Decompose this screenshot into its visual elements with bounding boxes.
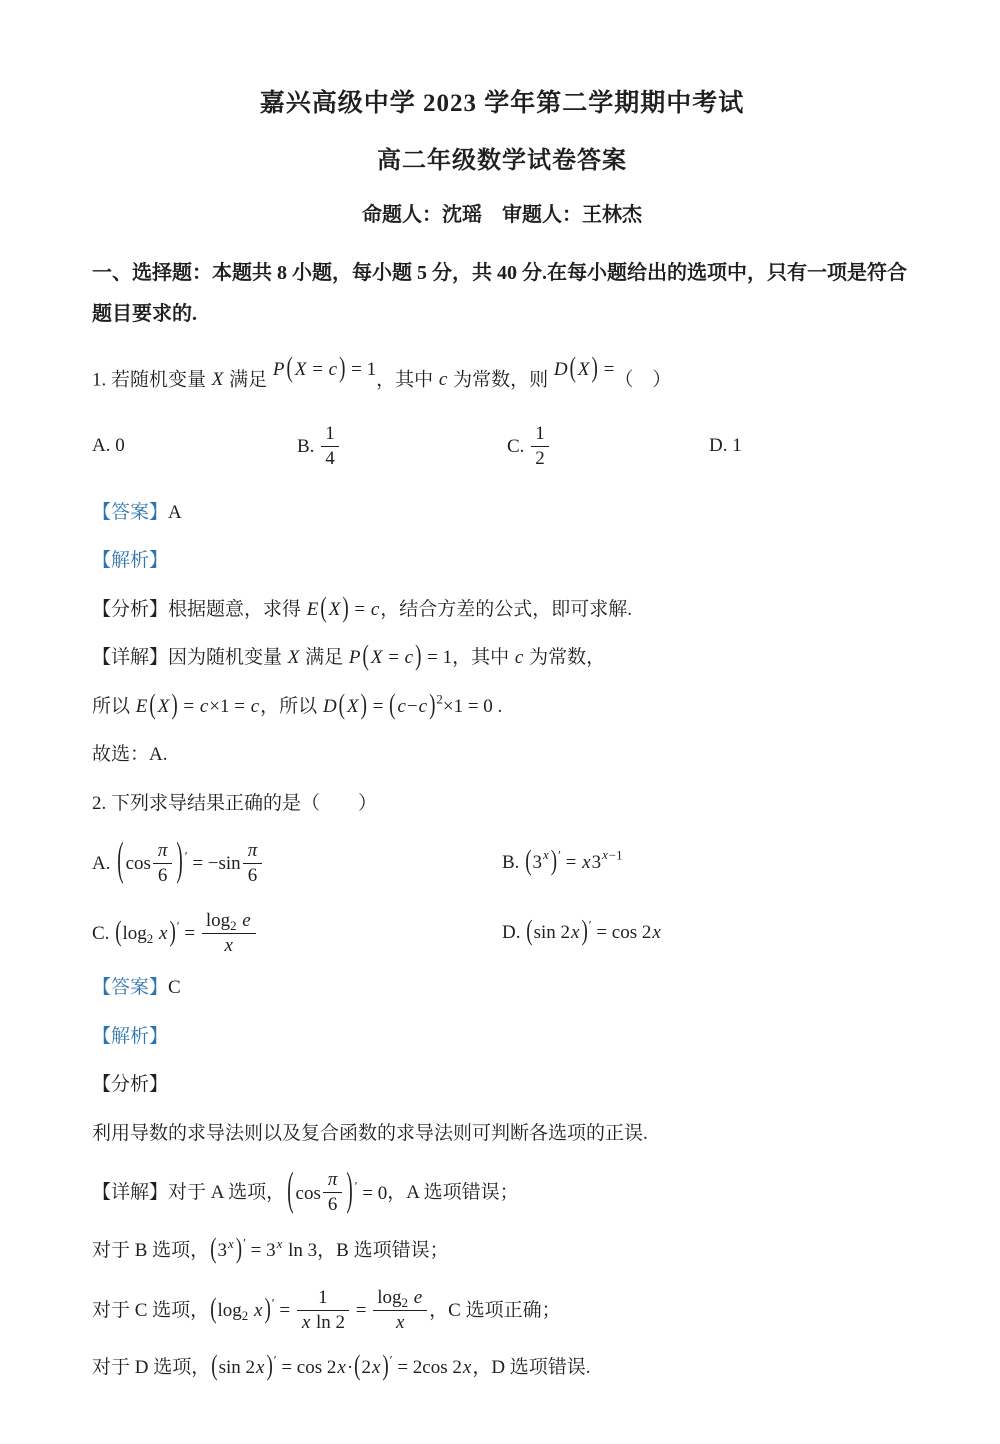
exam-subtitle: 高二年级数学试卷答案 [92, 145, 912, 179]
question-1-answer-line: 【答案】A [92, 500, 912, 527]
question-1-stem: 1. 若随机变量 X 满足 P(X = c) = 1，其中 c 为常数，则 D(… [92, 349, 912, 401]
question-1-analysis-label: 【解析】 [92, 548, 912, 575]
section-heading: 一、选择题：本题共 8 小题，每小题 5 分，共 40 分.在每小题给出的选项中… [92, 253, 912, 335]
question-1-option-a: A. 0 [92, 433, 297, 460]
question-1: 1. 若随机变量 X 满足 P(X = c) = 1，其中 c 为常数，则 D(… [92, 349, 912, 769]
question-1-explanation-line: 【详解】因为随机变量 X 满足 P(X = c) = 1，其中 c 为常数， [92, 645, 912, 672]
question-1-analysis-line: 【分析】根据题意，求得 E(X) = c，结合方差的公式，即可求解. [92, 597, 912, 624]
question-2-detail-b-line: 对于 B 选项，(3x)′ = 3x ln 3，B 选项错误； [92, 1238, 912, 1265]
question-2-stem: 2. 下列求导结果正确的是（ ） [92, 791, 912, 818]
question-1-conclusion-line: 故选：A. [92, 742, 912, 769]
question-2-option-c: C. (log2 x)′ = log2 ex [92, 910, 502, 957]
question-2-option-b: B. (3x)′ = x3x−1 [502, 850, 912, 877]
question-2-option-d: D. (sin 2x)′ = cos 2x [502, 920, 912, 947]
exam-title: 嘉兴高级中学 2023 学年第二学期期中考试 [92, 86, 912, 121]
question-2-options: A. (cosπ6)′ = −sinπ6 B. (3x)′ = x3x−1 C.… [92, 840, 912, 957]
question-2: 2. 下列求导结果正确的是（ ） A. (cosπ6)′ = −sinπ6 B.… [92, 791, 912, 1382]
question-2-detail-a-line: 【详解】对于 A 选项，(cosπ6)′ = 0，A 选项错误； [92, 1169, 912, 1216]
question-1-options: A. 0 B. 14 C. 12 D. 1 [92, 423, 912, 470]
question-2-answer-line: 【答案】C [92, 975, 912, 1002]
authors-line: 命题人：沈瑶 审题人：王林杰 [92, 201, 912, 229]
question-2-analysis-text: 利用导数的求导法则以及复合函数的求导法则可判断各选项的正误. [92, 1121, 912, 1148]
question-2-analysis-header: 【分析】 [92, 1072, 912, 1099]
question-1-option-c: C. 12 [507, 423, 709, 470]
question-2-detail-c-line: 对于 C 选项，(log2 x)′ = 1x ln 2 = log2 ex，C … [92, 1287, 912, 1334]
question-2-analysis-label: 【解析】 [92, 1024, 912, 1051]
question-1-derivation-line: 所以 E(X) = c×1 = c，所以 D(X) = (c−c)2×1 = 0… [92, 694, 912, 721]
question-1-option-b: B. 14 [297, 423, 507, 470]
exam-answer-document: 嘉兴高级中学 2023 学年第二学期期中考试 高二年级数学试卷答案 命题人：沈瑶… [0, 0, 1000, 1444]
question-2-option-a: A. (cosπ6)′ = −sinπ6 [92, 840, 502, 887]
question-1-option-d: D. 1 [709, 433, 912, 460]
question-2-detail-d-line: 对于 D 选项，(sin 2x)′ = cos 2x·(2x)′ = 2cos … [92, 1355, 912, 1382]
